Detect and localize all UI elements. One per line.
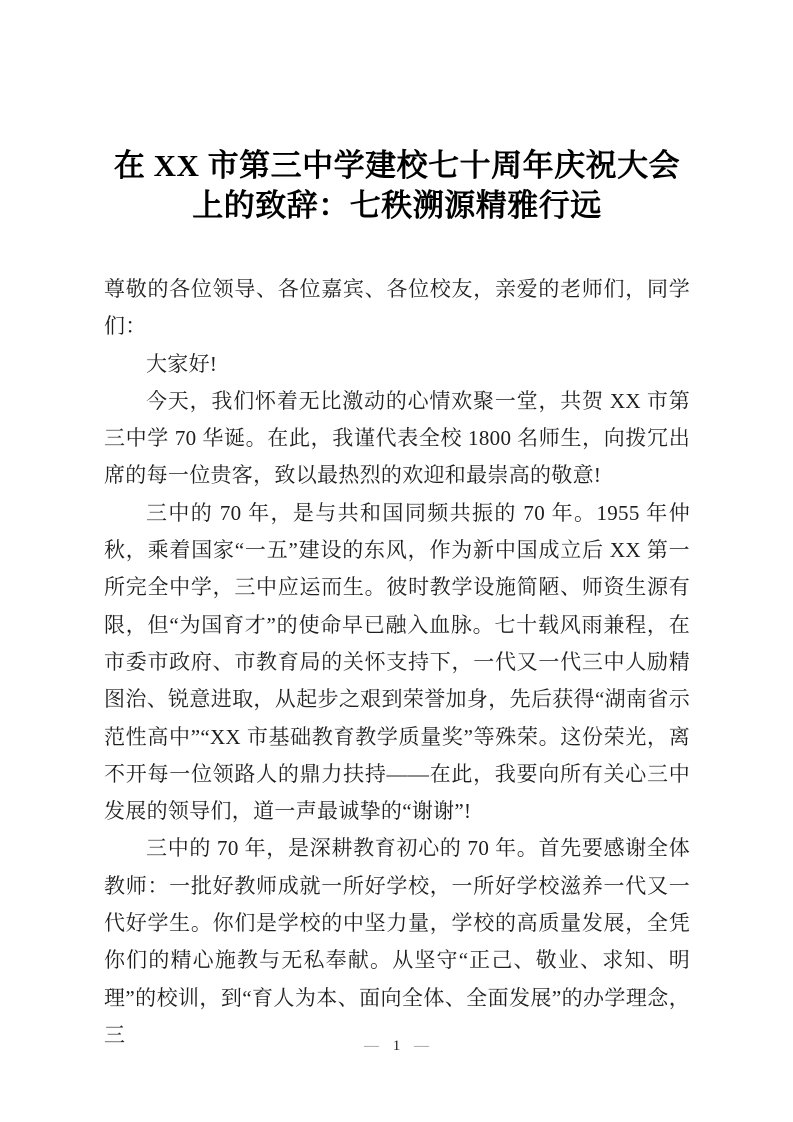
document-title-line-2: 上的致辞：七秩溯源精雅行远 (104, 186, 690, 226)
footer-dash-right: — (414, 1038, 429, 1054)
paragraph: 三中的 70 年，是与共和国同频共振的 70 年。1955 年仲秋，乘着国家“一… (104, 495, 690, 831)
page-footer: — 1 — (0, 1036, 793, 1056)
paragraph: 今天，我们怀着无比激动的心情欢聚一堂，共贺 XX 市第三中学 70 华诞。在此，… (104, 383, 690, 495)
footer-dash-left: — (364, 1038, 379, 1054)
paragraph: 三中的 70 年，是深耕教育初心的 70 年。首先要感谢全体教师：一批好教师成就… (104, 830, 690, 1054)
page-number: 1 (393, 1038, 401, 1054)
document-page: 在 XX 市第三中学建校七十周年庆祝大会 上的致辞：七秩溯源精雅行远 尊敬的各位… (0, 0, 793, 1122)
paragraph: 尊敬的各位领导、各位嘉宾、各位校友，亲爱的老师们，同学们： (104, 271, 690, 346)
document-title: 在 XX 市第三中学建校七十周年庆祝大会 上的致辞：七秩溯源精雅行远 (104, 146, 690, 226)
document-title-line-1: 在 XX 市第三中学建校七十周年庆祝大会 (104, 146, 690, 186)
document-content: 在 XX 市第三中学建校七十周年庆祝大会 上的致辞：七秩溯源精雅行远 尊敬的各位… (104, 146, 690, 1054)
document-body: 尊敬的各位领导、各位嘉宾、各位校友，亲爱的老师们，同学们：大家好!今天，我们怀着… (104, 271, 690, 1054)
paragraph: 大家好! (104, 346, 690, 383)
